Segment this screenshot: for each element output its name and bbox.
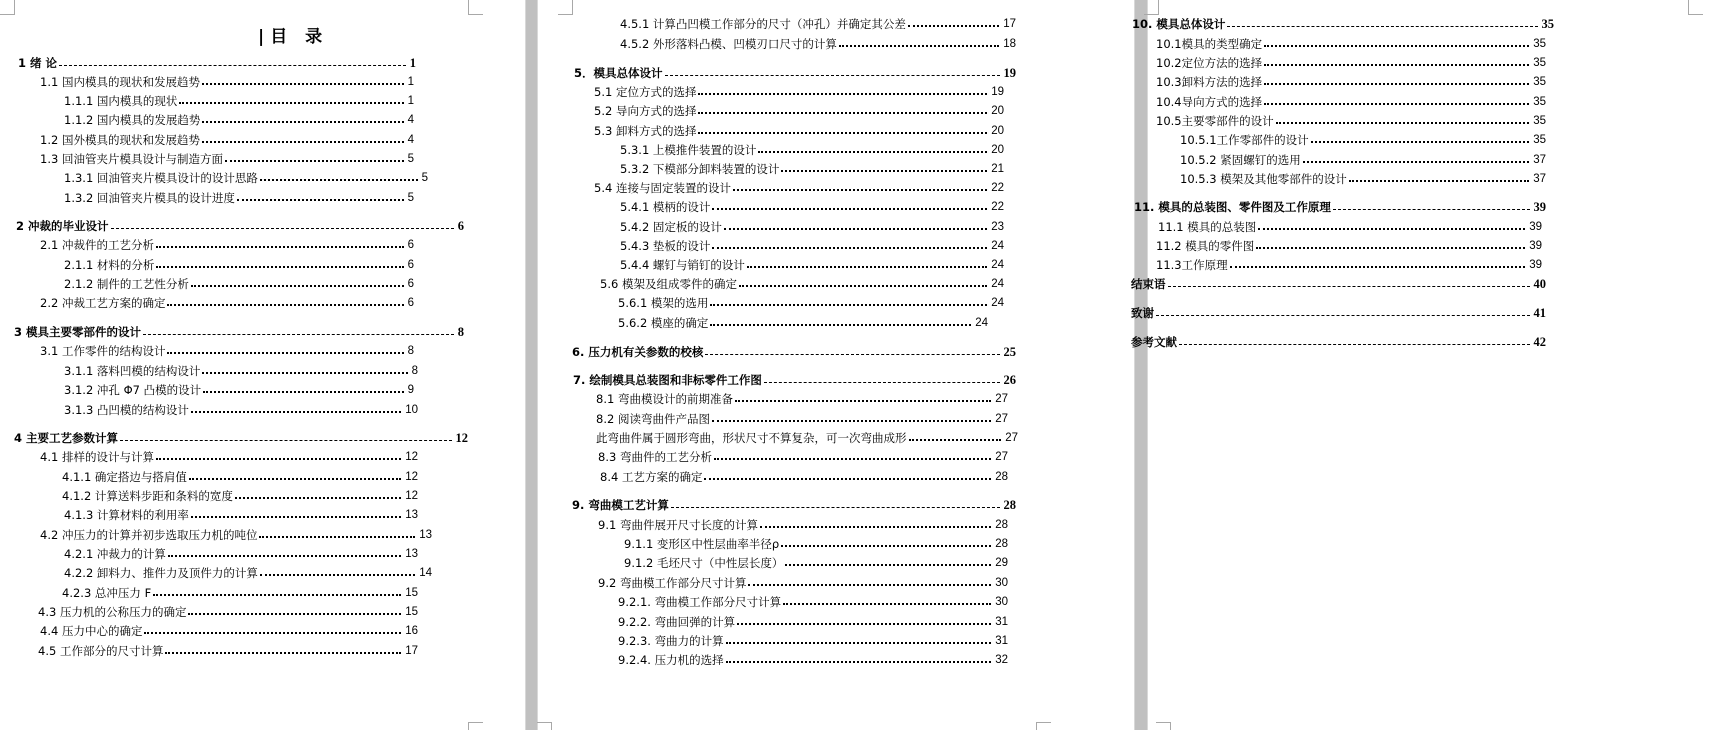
leader-dots [748,584,991,586]
page-number: 24 [987,258,1004,272]
page-number: 13 [401,547,418,561]
toc-entry[interactable]: 10.4导向方式的选择35 [1156,91,1546,109]
leader-dots [724,228,987,230]
page-number: 35 [1529,114,1546,128]
leader-dots [1264,45,1529,47]
leader-dots [202,83,404,85]
page-number: 12 [452,431,469,445]
leader-dots [712,208,987,210]
page-number: 40 [1530,277,1547,291]
page-number: 19 [1000,66,1017,80]
toc-entry[interactable]: 1.2 国外模具的现状和发展趋势4 [40,129,414,147]
leader-dots [909,439,1002,441]
page-number: 35 [1529,56,1546,70]
leader-dots [1264,64,1529,66]
toc-entry[interactable]: 5.4.3 垫板的设计24 [620,235,1004,253]
margin-corner-mark [0,0,15,15]
leader-dots [698,112,987,114]
page-number: 12 [401,450,418,464]
toc-entry[interactable]: 1.1.2 国内模具的发展趋势4 [64,109,414,127]
leader-dots [781,170,987,172]
leader-dots [783,603,991,605]
page-number: 39 [1525,220,1542,234]
page-number: 5 [404,152,414,166]
page-number: 22 [987,200,1004,214]
toc-entry[interactable]: 9. 弯曲模工艺计算28 [572,494,1016,512]
page-number: 14 [415,566,432,580]
page-number: 16 [401,624,418,638]
toc-entry[interactable]: 5.6.2 模座的确定24 [618,312,988,330]
leader-dots [698,93,987,95]
toc-entry[interactable]: 2.2 冲裁工艺方案的确定6 [40,292,414,310]
leader-dots [712,247,987,249]
toc-entry[interactable]: 2 冲裁的毕业设计6 [16,215,464,233]
page-number: 30 [991,576,1008,590]
leader-dots [1311,141,1530,143]
page-number: 28 [991,518,1008,532]
toc-entry[interactable]: 此弯曲件属于圆形弯曲，形状尺寸不算复杂，可一次弯曲成形27 [596,427,1018,445]
page-number: 8 [454,325,464,339]
page-number: 9 [404,383,414,397]
toc-entry[interactable]: 11.1 模具的总装图39 [1158,216,1542,234]
page-number: 1 [404,94,414,108]
margin-corner-mark [468,0,483,15]
toc-entry[interactable]: 4.5.2 外形落料凸模、凹模刃口尺寸的计算18 [620,33,1016,51]
leader-dots [733,189,987,191]
toc-entry[interactable]: 9.2 弯曲模工作部分尺寸计算30 [598,572,1008,590]
toc-title: |目 录 [258,22,328,47]
toc-entry[interactable]: 9.1.1 变形区中性层曲率半径ρ28 [624,533,1008,551]
toc-entry[interactable]: 5.4.4 螺钉与销钉的设计24 [620,254,1004,272]
leader-dots [1179,344,1530,345]
leader-dots [735,400,991,402]
page-number: 6 [404,238,414,252]
page-number: 23 [987,220,1004,234]
toc-entry[interactable]: 1 绪 论1 [18,52,416,70]
toc-entry[interactable]: 9.1.2 毛坯尺寸（中性层长度）29 [624,552,1008,570]
leader-dots [189,478,401,480]
leader-dots [1303,161,1529,163]
toc-entry[interactable]: 8.3 弯曲件的工艺分析27 [598,446,1008,464]
toc-entry[interactable]: 7. 绘制模具总装图和非标零件工作图26 [573,369,1016,387]
leader-dots [167,304,403,306]
leader-dots [1168,286,1530,287]
margin-corner-mark [558,0,573,15]
toc-entry[interactable]: 3.1 工作零件的结构设计8 [40,340,414,358]
document-page-1: |目 录 1 绪 论1 1.1 国内模具的现状和发展趋势1 1.1.1 国内模具… [0,0,525,730]
leader-dots [144,632,401,634]
leader-dots [671,507,1000,508]
leader-dots [714,458,991,460]
page-number: 37 [1529,172,1546,186]
page-number: 6 [454,219,464,233]
page-number: 31 [991,615,1008,629]
leader-dots [712,420,991,422]
page-number: 17 [401,644,418,658]
toc-entry[interactable]: 4.5.1 计算凸凹模工作部分的尺寸（冲孔）并确定其公差17 [620,13,1016,31]
page-number: 29 [991,556,1008,570]
page-gutter [1134,0,1148,730]
toc-entry[interactable]: 2.1.1 材料的分析6 [64,254,414,272]
leader-dots [143,334,454,335]
leader-dots [760,526,991,528]
page-number: 5 [404,191,414,205]
leader-dots [747,266,987,268]
toc-entry[interactable]: 10.5.1工作零部件的设计35 [1180,129,1546,147]
toc-entry[interactable]: 2.1 冲裁件的工艺分析6 [40,234,414,252]
leader-dots [156,458,401,460]
leader-dots [191,516,401,518]
leader-dots [1264,103,1529,105]
page-number: 28 [1000,498,1017,512]
toc-entry[interactable]: 5.1 定位方式的选择19 [594,81,1004,99]
page-number: 4 [404,113,414,127]
toc-entry[interactable]: 9.2.1. 弯曲模工作部分尺寸计算30 [618,591,1008,609]
page-number: 19 [987,85,1004,99]
toc-entry[interactable]: 11.2 模具的零件图39 [1156,235,1542,253]
leader-dots [168,555,401,557]
leader-dots [739,285,987,287]
leader-dots [59,65,406,66]
leader-dots [260,179,418,181]
leader-dots [179,102,403,104]
leader-dots [165,652,401,654]
page-number: 8 [404,344,414,358]
page-number: 39 [1525,239,1542,253]
leader-dots [111,228,454,229]
toc-entry[interactable]: 1.3.2 回油管夹片模具的设计进度5 [64,187,414,205]
page-number: 28 [991,537,1008,551]
leader-dots [764,382,1000,383]
toc-entry[interactable]: 4.2.3 总冲压力 F15 [62,582,418,600]
page-number: 26 [1000,373,1017,387]
page-number: 27 [991,412,1008,426]
leader-dots [156,266,403,268]
page-number: 24 [971,316,988,330]
leader-dots [202,141,404,143]
leader-dots [710,324,971,326]
toc-entry[interactable]: 致谢41 [1131,302,1546,320]
toc-entry[interactable]: 4.2.2 卸料力、推件力及顶件力的计算14 [64,562,432,580]
toc-entry[interactable]: 4.1.3 计算材料的利用率13 [64,504,418,522]
leader-dots [202,121,403,123]
toc-entry[interactable]: 8.4 工艺方案的确定28 [600,466,1008,484]
leader-dots [153,594,401,596]
document-page-3: 10. 模具总体设计35 10.1模具的类型确定35 10.2定位方法的选择35… [1148,0,1710,730]
toc-entry[interactable]: 5.4.2 固定板的设计23 [620,216,1004,234]
toc-entry[interactable]: 3 模具主要零部件的设计8 [14,321,464,339]
toc-entry[interactable]: 10.3卸料方法的选择35 [1156,71,1546,89]
page-number: 35 [1529,95,1546,109]
toc-entry[interactable]: 1.3.1 回油管夹片模具设计的设计思路5 [64,167,428,185]
toc-entry[interactable]: 4.1.1 确定搭边与搭肩值12 [62,466,418,484]
page-number: 25 [1000,345,1017,359]
toc-entry[interactable]: 4.3 压力机的公称压力的确定15 [38,601,418,619]
page-number: 12 [401,470,418,484]
leader-dots [737,623,991,625]
margin-corner-mark [1688,0,1703,15]
leader-dots [1230,266,1526,268]
leader-dots [237,199,404,201]
toc-entry[interactable]: 5.3 卸料方式的选择20 [594,120,1004,138]
leader-dots [1156,315,1530,316]
page-number: 6 [404,258,414,272]
page-number: 35 [1529,75,1546,89]
leader-dots [785,564,991,566]
toc-entry[interactable]: 5.4.1 模柄的设计22 [620,196,1004,214]
toc-entry[interactable]: 3.1.1 落料凹模的结构设计8 [64,360,418,378]
toc-entry[interactable]: 9.2.4. 压力机的选择32 [618,649,1008,667]
leader-dots [1264,83,1529,85]
page-number: 20 [987,124,1004,138]
page-number: 31 [991,634,1008,648]
page-number: 13 [415,528,432,542]
leader-dots [758,151,987,153]
page-number: 15 [401,586,418,600]
toc-entry[interactable]: 9.2.2. 弯曲回弹的计算31 [618,611,1008,629]
page-number: 1 [406,56,416,70]
toc-entry[interactable]: 5.3.2 下模部分卸料装置的设计21 [620,158,1004,176]
leader-dots [191,411,401,413]
toc-entry[interactable]: 10.2定位方法的选择35 [1156,52,1546,70]
page-number: 28 [991,470,1008,484]
page-number: 37 [1529,153,1546,167]
leader-dots [1256,247,1525,249]
leader-dots [235,497,401,499]
leader-dots [203,391,403,393]
leader-dots [1258,228,1525,230]
leader-dots [908,25,999,27]
toc-entry[interactable]: 3.1.3 凸凹模的结构设计10 [64,399,418,417]
page-number: 42 [1530,335,1547,349]
toc-entry[interactable]: 8.1 弯曲模设计的前期准备27 [596,388,1008,406]
margin-corner-mark [1036,722,1051,730]
leader-dots [665,75,1000,76]
page-number: 24 [987,277,1004,291]
toc-entry[interactable]: 11. 模具的总装图、零件图及工作原理39 [1134,196,1546,214]
toc-entry[interactable]: 4.2.1 冲裁力的计算13 [64,543,418,561]
toc-entry[interactable]: 10.5主要零部件的设计35 [1156,110,1546,128]
page-number: 20 [987,104,1004,118]
page-number: 27 [991,392,1008,406]
leader-dots [839,45,999,47]
leader-dots [120,440,451,441]
page-number: 30 [991,595,1008,609]
page-number: 41 [1530,306,1547,320]
toc-entry[interactable]: 1.1.1 国内模具的现状1 [64,90,414,108]
leader-dots [167,352,403,354]
leader-dots [202,372,407,374]
page-number: 27 [1001,431,1018,445]
leader-dots [260,574,415,576]
page-number: 15 [401,605,418,619]
toc-entry[interactable]: 6. 压力机有关参数的校核25 [572,341,1016,359]
page-number: 22 [987,181,1004,195]
leader-dots [191,285,404,287]
margin-corner-mark [468,722,483,730]
page-number: 13 [401,508,418,522]
toc-entry[interactable]: 4.2 冲压力的计算并初步选取压力机的吨位13 [40,524,432,542]
toc-entry[interactable]: 8.2 阅读弯曲件产品图27 [596,408,1008,426]
page-number: 35 [1538,17,1555,31]
leader-dots [188,613,401,615]
page-number: 21 [987,162,1004,176]
toc-entry[interactable]: 5.6.1 模架的选用24 [618,292,1004,310]
margin-corner-mark [1156,722,1171,730]
page-number: 39 [1525,258,1542,272]
toc-entry[interactable]: 1.1 国内模具的现状和发展趋势1 [40,71,414,89]
page-number: 27 [991,450,1008,464]
page-number: 39 [1530,200,1547,214]
page-number: 12 [401,489,418,503]
leader-dots [781,545,991,547]
toc-entry[interactable]: 10.5.2 紧固螺钉的选用37 [1180,149,1546,167]
leader-dots [1333,209,1530,210]
toc-entry[interactable]: 5．模具总体设计19 [574,62,1016,80]
toc-entry[interactable]: 1.3 回油管夹片模具设计与制造方面5 [40,148,414,166]
toc-entry[interactable]: 3.1.2 冲孔 Φ7 凸模的设计9 [64,379,414,397]
page-number: 17 [999,17,1016,31]
toc-entry[interactable]: 2.1.2 制件的工艺性分析6 [64,273,414,291]
page-number: 24 [987,296,1004,310]
leader-dots [705,354,999,355]
page-number: 6 [404,296,414,310]
page-number: 35 [1529,37,1546,51]
toc-entry[interactable]: 5.3.1 上模推件装置的设计20 [620,139,1004,157]
margin-corner-mark [537,722,552,730]
leader-dots [1276,122,1530,124]
leader-dots [156,246,404,248]
page-gutter [525,0,538,730]
leader-dots [259,536,415,538]
leader-dots [726,642,992,644]
toc-entry[interactable]: 4.4 压力中心的确定16 [40,620,418,638]
page-number: 24 [987,239,1004,253]
toc-entry[interactable]: 10.1模具的类型确定35 [1156,33,1546,51]
page-number: 5 [418,171,428,185]
page-number: 6 [404,277,414,291]
page-number: 20 [987,143,1004,157]
page-number: 4 [404,133,414,147]
leader-dots [225,160,404,162]
toc-entry[interactable]: 5.2 导向方式的选择20 [594,100,1004,118]
page-number: 8 [408,364,418,378]
leader-dots [698,132,987,134]
leader-dots [710,304,987,306]
leader-dots [726,661,992,663]
leader-dots [1227,26,1537,27]
page-number: 1 [404,75,414,89]
document-page-2: 4.5.1 计算凸凹模工作部分的尺寸（冲孔）并确定其公差17 4.5.2 外形落… [538,0,1134,730]
toc-entry[interactable]: 4.1 排样的设计与计算12 [40,446,418,464]
toc-entry[interactable]: 9.2.3. 弯曲力的计算31 [618,630,1008,648]
page-number: 10 [401,403,418,417]
toc-entry[interactable]: 11.3工作原理39 [1156,254,1542,272]
toc-entry[interactable]: 4 主要工艺参数计算12 [14,427,468,445]
toc-entry[interactable]: 10.5.3 模架及其他零部件的设计37 [1180,168,1546,186]
page-number: 35 [1529,133,1546,147]
leader-dots [1349,180,1529,182]
toc-entry[interactable]: 5.6 模架及组成零件的确定24 [600,273,1004,291]
toc-entry[interactable]: 参考文献42 [1131,331,1546,349]
toc-entry[interactable]: 4.5 工作部分的尺寸计算17 [38,640,418,658]
toc-entry[interactable]: 4.1.2 计算送料步距和条料的宽度12 [62,485,418,503]
page-number: 18 [999,37,1016,51]
toc-entry[interactable]: 结束语40 [1131,273,1546,291]
toc-entry[interactable]: 10. 模具总体设计35 [1132,13,1554,31]
leader-dots [704,478,991,480]
toc-entry[interactable]: 9.1 弯曲件展开尺寸长度的计算28 [598,514,1008,532]
page-number: 32 [991,653,1008,667]
toc-entry[interactable]: 5.4 连接与固定装置的设计22 [594,177,1004,195]
